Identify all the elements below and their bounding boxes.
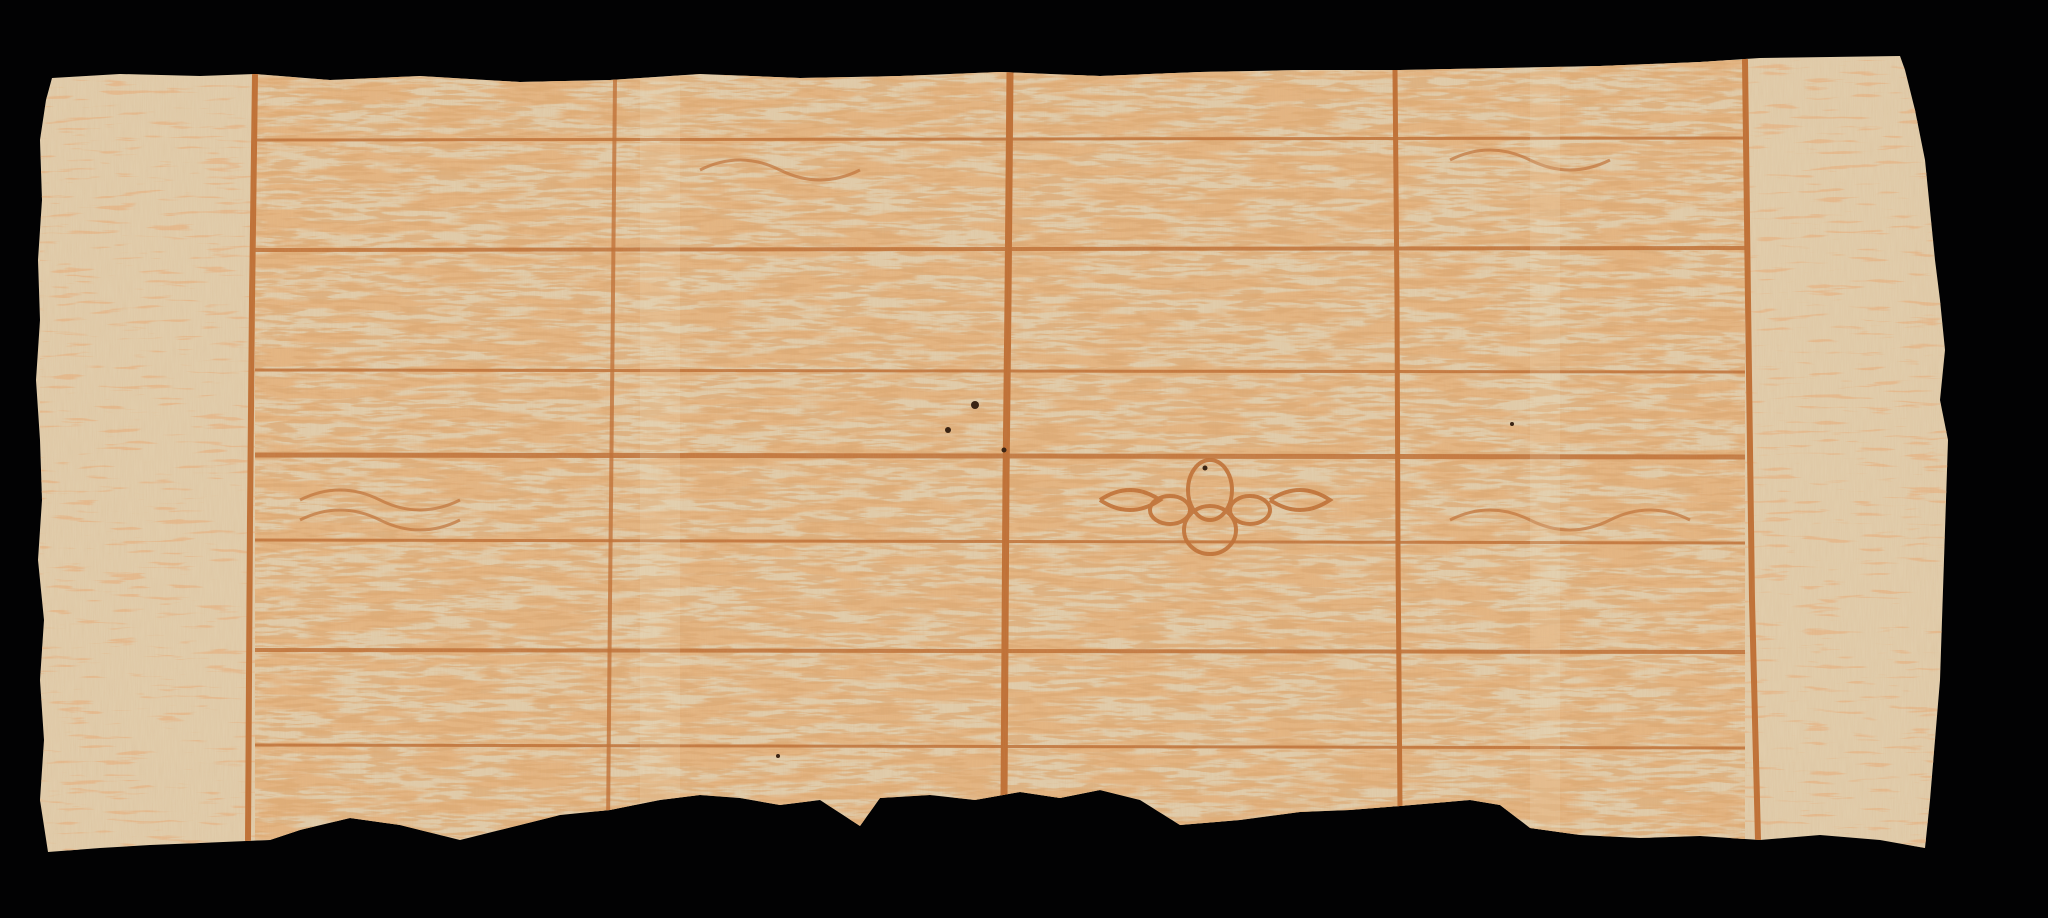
barkcloth-image bbox=[0, 0, 2048, 918]
photo-stage: Rectangular tapa barkcloth with light be… bbox=[0, 0, 2048, 918]
